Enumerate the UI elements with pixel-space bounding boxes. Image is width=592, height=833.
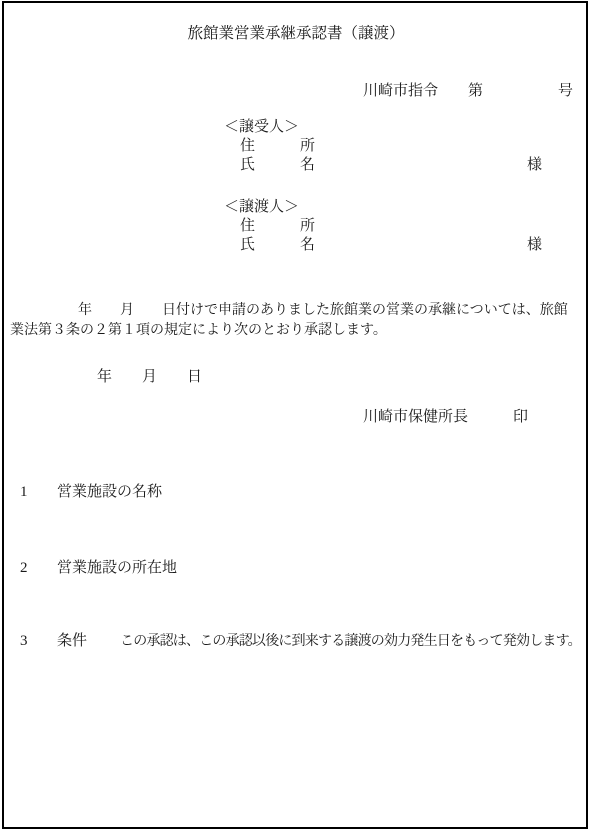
item-3-text: この承認は、この承認以後に到来する譲渡の効力発生日をもって発効します。 [120, 633, 581, 651]
item-3-number: 3 [20, 632, 28, 650]
item-3-label: 条件 [57, 632, 87, 650]
item-1-number: 1 [20, 483, 28, 501]
transferee-section-heading: ＜譲受人＞ [224, 118, 299, 136]
item-2-label: 営業施設の所在地 [57, 559, 177, 577]
item-2-number: 2 [20, 559, 28, 577]
transferee-address-label: 住 所 [240, 137, 315, 155]
transferor-section-heading: ＜譲渡人＞ [224, 198, 299, 216]
transferor-address-label: 住 所 [240, 217, 315, 235]
transferor-name-label: 氏 名 [240, 236, 315, 254]
item-1-label: 営業施設の名称 [57, 483, 162, 501]
directive-number-line: 川崎市指令 第 号 [363, 82, 573, 100]
transferee-name-label: 氏 名 [240, 156, 315, 174]
transferor-honorific: 様 [527, 236, 542, 254]
transferee-honorific: 様 [527, 156, 542, 174]
issue-date-line: 年 月 日 [97, 368, 202, 386]
document-page: 旅館業営業承継承認書（譲渡） 川崎市指令 第 号 ＜譲受人＞ 住 所 氏 名 様… [0, 0, 592, 833]
body-paragraph: 年 月 日付けで申請のありました旅館業の営業の承継については、旅館業法第３条の２… [10, 301, 576, 340]
document-title: 旅館業営業承継承認書（譲渡） [0, 25, 592, 43]
issuer-signature-line: 川崎市保健所長 印 [363, 408, 528, 426]
